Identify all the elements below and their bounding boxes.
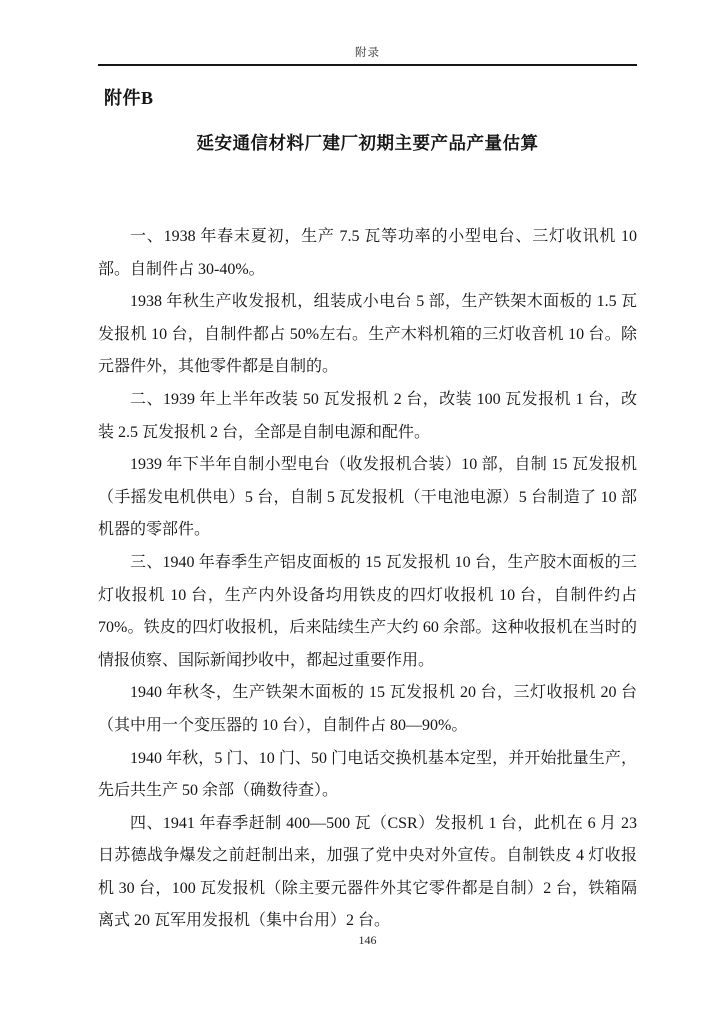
paragraph-2: 1938 年秋生产收发报机，组装成小电台 5 部，生产铁架木面板的 1.5 瓦发… bbox=[98, 286, 637, 384]
page-number: 146 bbox=[98, 933, 637, 948]
document-page: 附录 附件B 延安通信材料厂建厂初期主要产品产量估算 一、1938 年春末夏初，… bbox=[0, 0, 724, 1023]
paragraph-3: 二、1939 年上半年改装 50 瓦发报机 2 台，改装 100 瓦发报机 1 … bbox=[98, 384, 637, 449]
attachment-label: 附件B bbox=[104, 84, 154, 110]
paragraph-1: 一、1938 年春末夏初，生产 7.5 瓦等功率的小型电台、三灯收讯机 10 部… bbox=[98, 221, 637, 286]
paragraph-6: 1940 年秋冬，生产铁架木面板的 15 瓦发报机 20 台，三灯收报机 20 … bbox=[98, 677, 637, 742]
paragraph-4: 1939 年下半年自制小型电台（收发报机合装）10 部，自制 15 瓦发报机（手… bbox=[98, 449, 637, 547]
paragraph-8: 四、1941 年春季赶制 400—500 瓦（CSR）发报机 1 台，此机在 6… bbox=[98, 808, 637, 938]
paragraph-7: 1940 年秋，5 门、10 门、50 门电话交换机基本定型，并开始批量生产，先… bbox=[98, 743, 637, 808]
page-title: 延安通信材料厂建厂初期主要产品产量估算 bbox=[98, 130, 637, 155]
paragraph-5: 三、1940 年春季生产铝皮面板的 15 瓦发报机 10 台，生产胶木面板的三灯… bbox=[98, 547, 637, 677]
header-rule bbox=[98, 64, 637, 66]
running-header: 附录 bbox=[98, 44, 637, 60]
body-text: 一、1938 年春末夏初，生产 7.5 瓦等功率的小型电台、三灯收讯机 10 部… bbox=[98, 221, 637, 938]
